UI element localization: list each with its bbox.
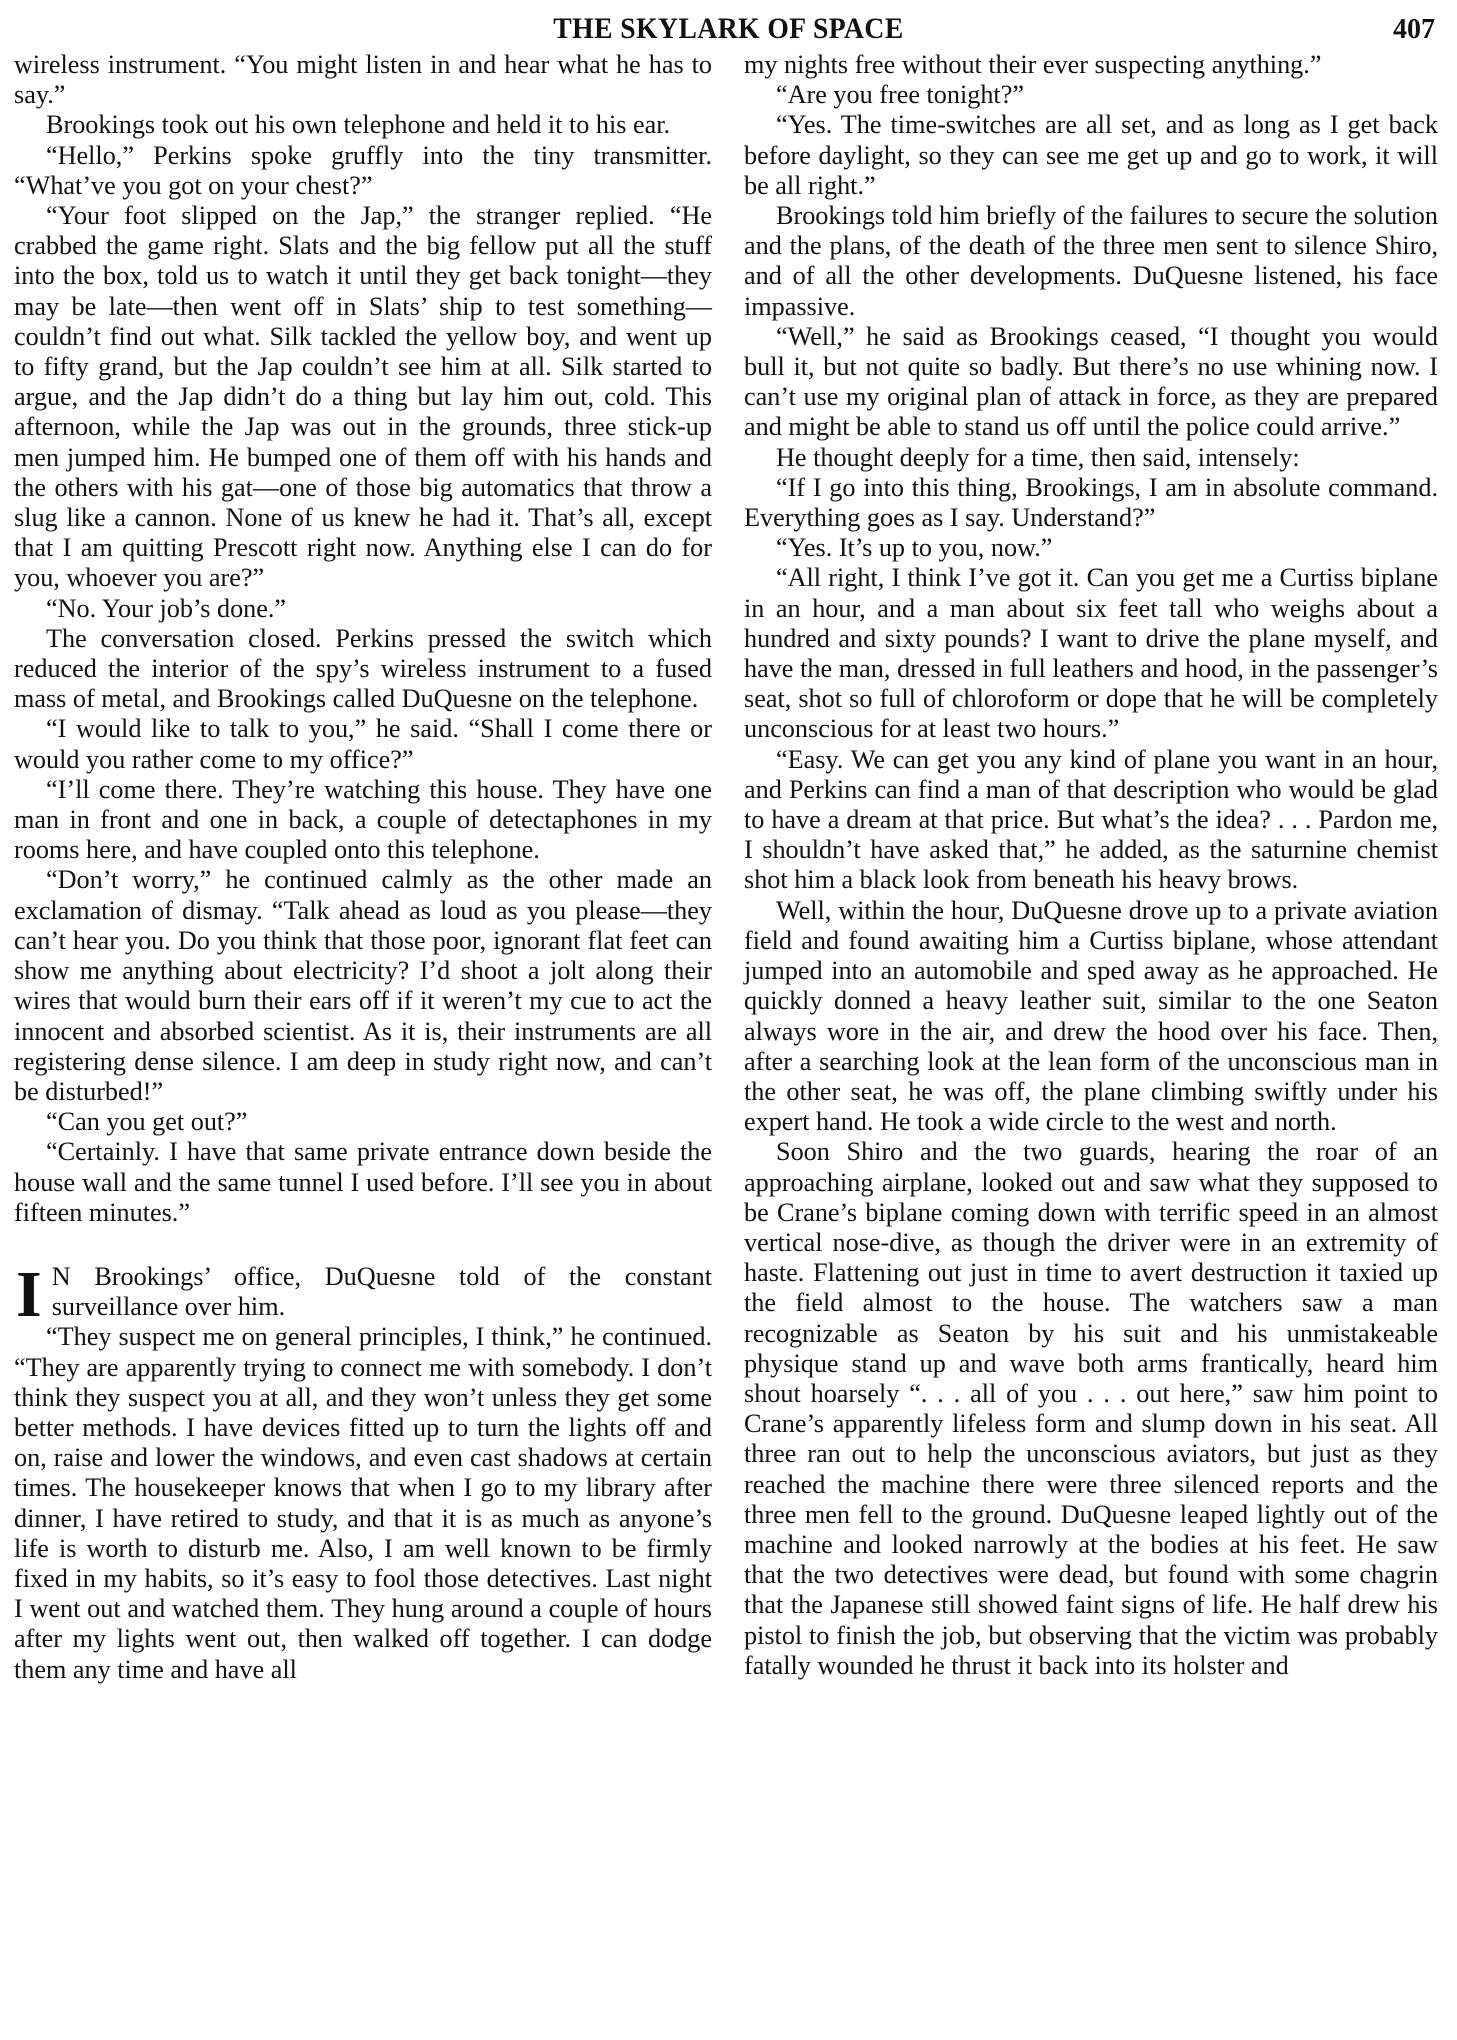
paragraph: Brookings told him briefly of the failur… [744,201,1438,322]
section-break [14,1228,712,1262]
paragraph: “Yes. It’s up to you, now.” [744,533,1438,563]
paragraph: “I’ll come there. They’re watching this … [14,775,712,866]
paragraph: Soon Shiro and the two guards, hearing t… [744,1137,1438,1681]
paragraph: “They suspect me on general principles, … [14,1322,712,1684]
left-column: wireless instrument. “You might listen i… [14,50,712,1685]
paragraph: Brookings took out his own telephone and… [14,110,712,140]
paragraph: “Yes. The time-switches are all set, and… [744,110,1438,201]
paragraph: my nights free without their ever suspec… [744,50,1438,80]
section-opening: I N Brookings’ office, DuQuesne told of … [14,1262,712,1322]
drop-cap: I [16,1268,42,1322]
paragraph: “Are you free tonight?” [744,80,1438,110]
paragraph: “No. Your job’s done.” [14,594,712,624]
paragraph: The conversation closed. Perkins pressed… [14,624,712,715]
paragraph: Well, within the hour, DuQuesne drove up… [744,896,1438,1138]
paragraph: “Don’t worry,” he continued calmly as th… [14,865,712,1107]
paragraph: wireless instrument. “You might listen i… [14,50,712,110]
paragraph: “Certainly. I have that same private ent… [14,1137,712,1228]
paragraph: “I would like to talk to you,” he said. … [14,714,712,774]
paragraph: “Hello,” Perkins spoke gruffly into the … [14,141,712,201]
paragraph: “All right, I think I’ve got it. Can you… [744,563,1438,744]
running-title: THE SKYLARK OF SPACE [58,12,1398,46]
paragraph: “Your foot slipped on the Jap,” the stra… [14,201,712,594]
paragraph: “If I go into this thing, Brookings, I a… [744,473,1438,533]
paragraph: “Easy. We can get you any kind of plane … [744,745,1438,896]
right-column: my nights free without their ever suspec… [744,50,1438,1681]
section-opening-text: N Brookings’ office, DuQuesne told of th… [52,1262,712,1321]
paragraph: He thought deeply for a time, then said,… [744,443,1438,473]
paragraph: “Can you get out?” [14,1107,712,1137]
page-header: THE SKYLARK OF SPACE 407 [0,12,1457,52]
page-number: 407 [1393,14,1435,46]
paragraph: “Well,” he said as Brookings ceased, “I … [744,322,1438,443]
